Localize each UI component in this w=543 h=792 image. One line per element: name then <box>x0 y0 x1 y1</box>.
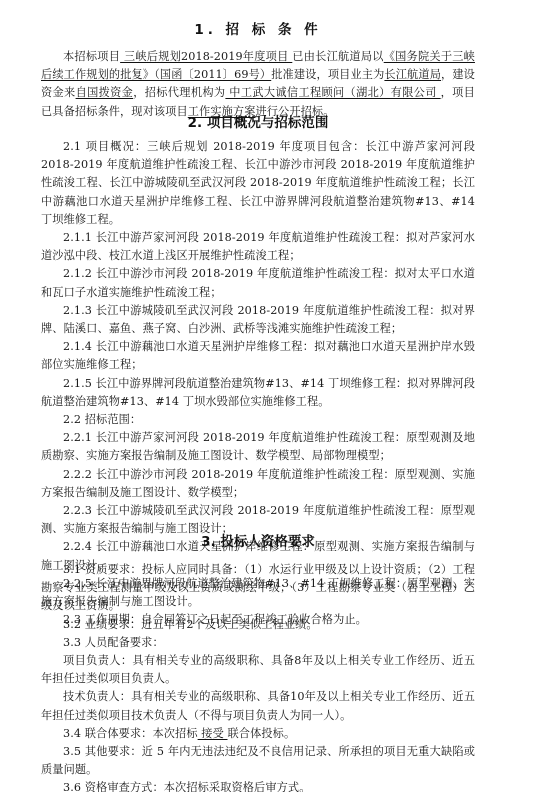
item-2-2-2: 2.2.2 长江中游沙市河段 2018-2019 年度航道维护性疏浚工程：原型观… <box>41 466 475 502</box>
section-3-body: 3.1 资质要求：投标人应同时具备：（1）水运行业甲级及以上设计资质；（2）工程… <box>41 561 475 792</box>
item-2-2: 2.2 招标范围： <box>41 411 475 429</box>
text-span: 批准建设，项目业主为 <box>271 68 384 81</box>
consortium-accepted-underlined: 接受 <box>198 727 228 740</box>
funding-source-underlined: 自国拨资金 <box>76 86 134 99</box>
text-span: 3.4 联合体要求：本次招标 <box>63 727 198 740</box>
technical-lead-requirement: 技术负责人：具有相关专业的高级职称、具备10年及以上相关专业工作经历、近五年担任… <box>41 688 475 724</box>
item-2-1-4: 2.1.4 长江中游藕池口水道天星洲护岸维修工程：拟对藕池口水道天星洲护岸水毁部… <box>41 338 475 374</box>
section-2-heading: 2. 项目概况与招标范围 <box>41 114 475 132</box>
item-2-1-3: 2.1.3 长江中游城陵矶至武汉河段 2018-2019 年度航道维护性疏浚工程… <box>41 302 475 338</box>
section-2-body: 2.1 项目概况：三峡后规划 2018-2019 年度项目包含：长江中游芦家河河… <box>41 138 475 629</box>
item-3-1: 3.1 资质要求：投标人应同时具备：（1）水运行业甲级及以上设计资质；（2）工程… <box>41 561 475 616</box>
document-page: 1. 招 标 条 件 本招标项目 三峡后规划2018-2019年度项目 已由长江… <box>0 0 543 792</box>
item-3-3: 3.3 人员配备要求： <box>41 634 475 652</box>
tender-agent-underlined: 中工武大诚信工程顾问（湖北）有限公司 <box>225 86 440 99</box>
section-3-heading: 3. 投标人资格要求 <box>41 533 475 551</box>
text-span: 本招标项目 <box>63 50 120 63</box>
project-manager-requirement: 项目负责人：具有相关专业的高级职称、具备8年及以上相关专业工作经历、近五年担任过… <box>41 652 475 688</box>
item-2-1-2: 2.1.2 长江中游沙市河段 2018-2019 年度航道维护性疏浚工程：拟对太… <box>41 265 475 301</box>
text-span: 联合体投标。 <box>228 727 296 740</box>
item-2-1: 2.1 项目概况：三峡后规划 2018-2019 年度项目包含：长江中游芦家河河… <box>41 138 475 229</box>
text-span: 已由长江航道局以 <box>292 50 383 63</box>
project-name-underlined: 三峡后规划2018-2019年度项目 <box>120 50 292 63</box>
section-1-body: 本招标项目 三峡后规划2018-2019年度项目 已由长江航道局以《国务院关于三… <box>41 48 475 121</box>
item-3-5: 3.5 其他要求：近 5 年内无违法违纪及不良信用记录、所承担的项目无重大缺陷或… <box>41 743 475 779</box>
section-1-heading: 1. 招 标 条 件 <box>41 21 475 39</box>
text-span: ，招标代理机构为 <box>133 86 225 99</box>
item-3-2: 3.2 业绩要求：近五年有2个及以上类似工程业绩。 <box>41 616 475 634</box>
item-3-4: 3.4 联合体要求：本次招标 接受 联合体投标。 <box>41 725 475 743</box>
project-owner-underlined: 长江航道局 <box>384 68 441 81</box>
item-3-6: 3.6 资格审查方式：本次招标采取资格后审方式。 <box>41 779 475 792</box>
item-2-1-5: 2.1.5 长江中游界牌河段航道整治建筑物#13、#14 丁坝维修工程：拟对界牌… <box>41 375 475 411</box>
item-2-2-1: 2.2.1 长江中游芦家河河段 2018-2019 年度航道维护性疏浚工程：原型… <box>41 429 475 465</box>
tender-conditions-paragraph: 本招标项目 三峡后规划2018-2019年度项目 已由长江航道局以《国务院关于三… <box>41 48 475 121</box>
item-2-1-1: 2.1.1 长江中游芦家河河段 2018-2019 年度航道维护性疏浚工程：拟对… <box>41 229 475 265</box>
